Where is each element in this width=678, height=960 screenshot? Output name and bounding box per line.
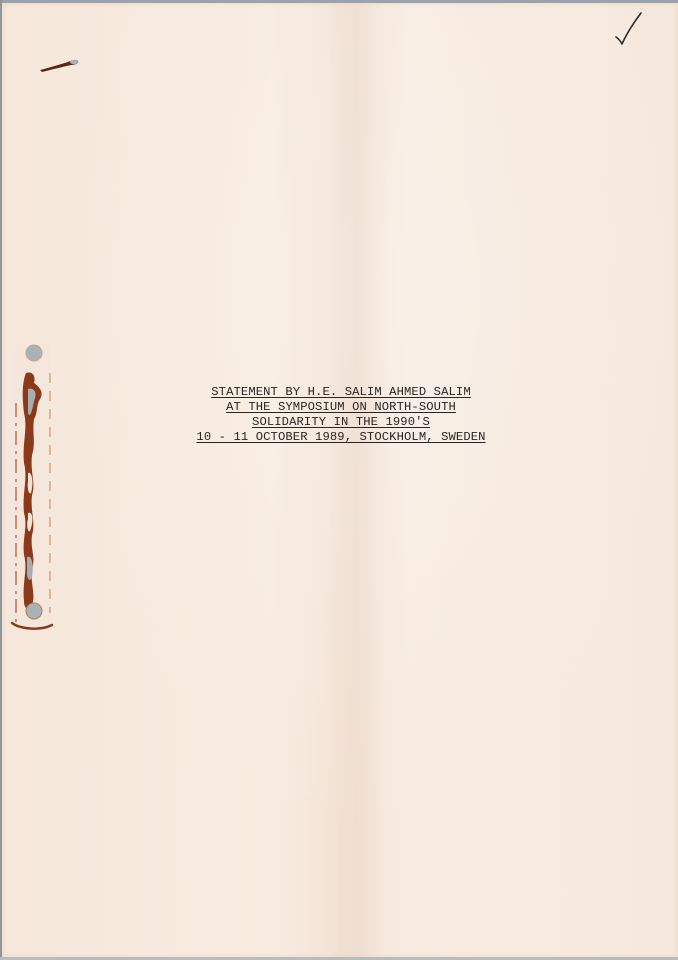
document-title-block: STATEMENT BY H.E. SALIM AHMED SALIM AT T… [2,385,678,445]
rust-staple-mark-icon [38,55,84,75]
check-mark-icon [614,11,644,47]
title-line-date-location: 10 - 11 OCTOBER 1989, STOCKHOLM, SWEDEN [196,430,485,445]
title-line-event: AT THE SYMPOSIUM ON NORTH-SOUTH [226,400,456,415]
title-line-speaker: STATEMENT BY H.E. SALIM AHMED SALIM [211,385,470,400]
paper-fold-shading [327,3,387,958]
title-line-theme: SOLIDARITY IN THE 1990'S [252,415,430,430]
document-page: STATEMENT BY H.E. SALIM AHMED SALIM AT T… [2,3,678,958]
